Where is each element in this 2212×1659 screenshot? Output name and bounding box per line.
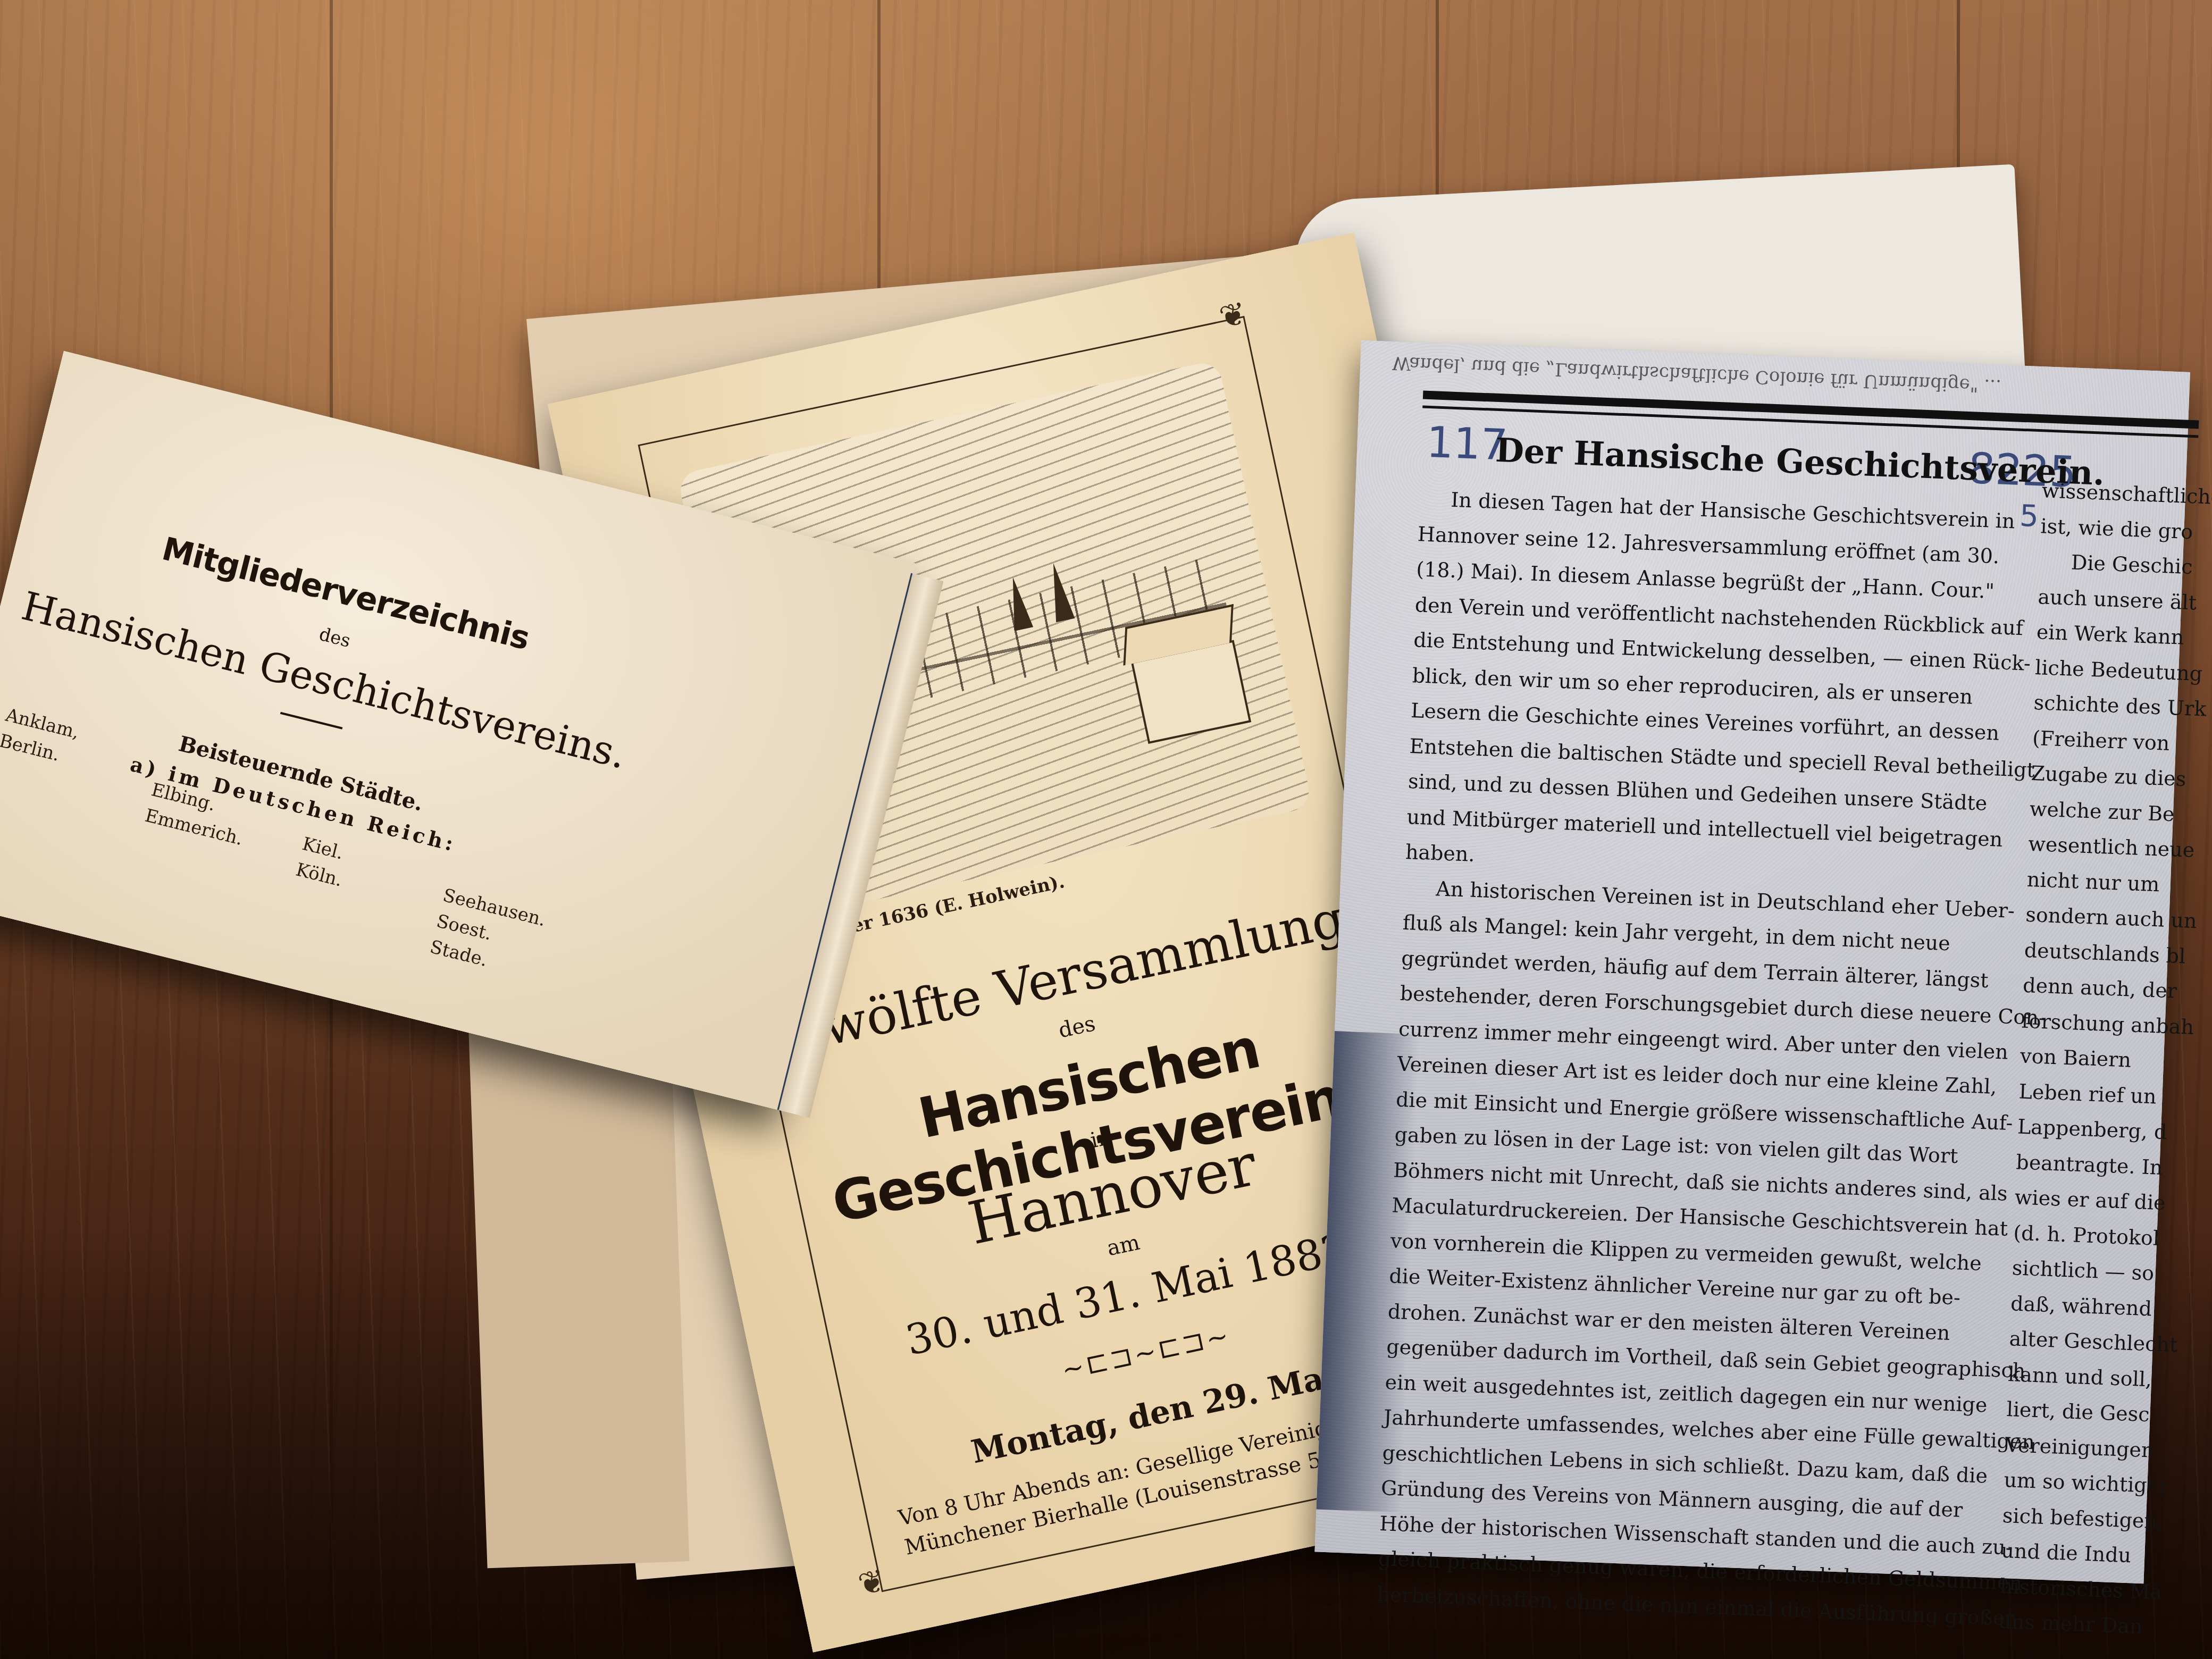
article-line: liert, die Gesc [2006, 1392, 2166, 1433]
article-line: liche Bedeutung [2034, 650, 2195, 691]
article-line: denn auch, der [2022, 968, 2183, 1009]
article-line: forschung anbah [2021, 1003, 2182, 1044]
article-line: beantragte. In [2015, 1144, 2176, 1186]
article-line: und die Indu [2000, 1533, 2161, 1574]
article-line: auch unsere ält [2037, 579, 2198, 621]
article-line: (Freiherr von [2032, 720, 2192, 762]
article-line: welche zur Be [2029, 791, 2190, 832]
article-line: (d. h. Protokol [2013, 1215, 2173, 1256]
article-line: schichte des Urk [2033, 685, 2194, 726]
article-line: deutschlands bl [2024, 932, 2184, 974]
article-line: von Baiern [2020, 1038, 2180, 1080]
article-line: alter Geschlecht [2009, 1321, 2169, 1362]
article-line: uns mehr Dan [1998, 1604, 2158, 1645]
article-headline: Der Hansische Geschichtsverein. [1495, 431, 2105, 493]
back-document-edge [468, 1003, 689, 1569]
article-line: sich befestigen, [2002, 1497, 2163, 1539]
article-line: wies er auf die [2014, 1179, 2175, 1221]
article-line: daß, während [2010, 1286, 2171, 1327]
article-line: ein Werk kann [2036, 614, 2197, 656]
article-line: nicht nur um [2026, 861, 2187, 903]
city-entry: Köln. [294, 859, 345, 891]
city-entry: Emmerich. [143, 805, 245, 850]
article-line: historisches Ma [1999, 1568, 2160, 1610]
article-line: Leben rief un [2018, 1074, 2179, 1115]
title-rule [280, 712, 342, 730]
pencil-note: 5 [2019, 499, 2039, 534]
newspaper-clipping: Wandel, und die „Landwirthschaftliche Co… [1314, 340, 2190, 1583]
article-column-1: In diesen Tagen hat der Hansische Geschi… [1376, 481, 2020, 1635]
article-line: kann und soll, [2007, 1356, 2168, 1398]
article-line: wissenschaftliche [2041, 473, 2202, 514]
article-line: Lappenberg, d [2017, 1109, 2177, 1150]
article-line: Zugabe zu dies [2030, 756, 2191, 797]
article-line: ist, wie die gro [2040, 508, 2200, 550]
article-line: Vereinigungen [2005, 1427, 2165, 1469]
mill-house [1131, 640, 1252, 744]
article-line: wesentlich neue [2027, 826, 2188, 868]
article-line: Die Geschic [2039, 543, 2199, 585]
article-line: sondern auch un [2025, 897, 2185, 939]
city-entry: Kiel. [300, 833, 345, 864]
article-line: sichtlich — so [2012, 1250, 2172, 1292]
article-line: um so wichtiger [2003, 1462, 2164, 1504]
